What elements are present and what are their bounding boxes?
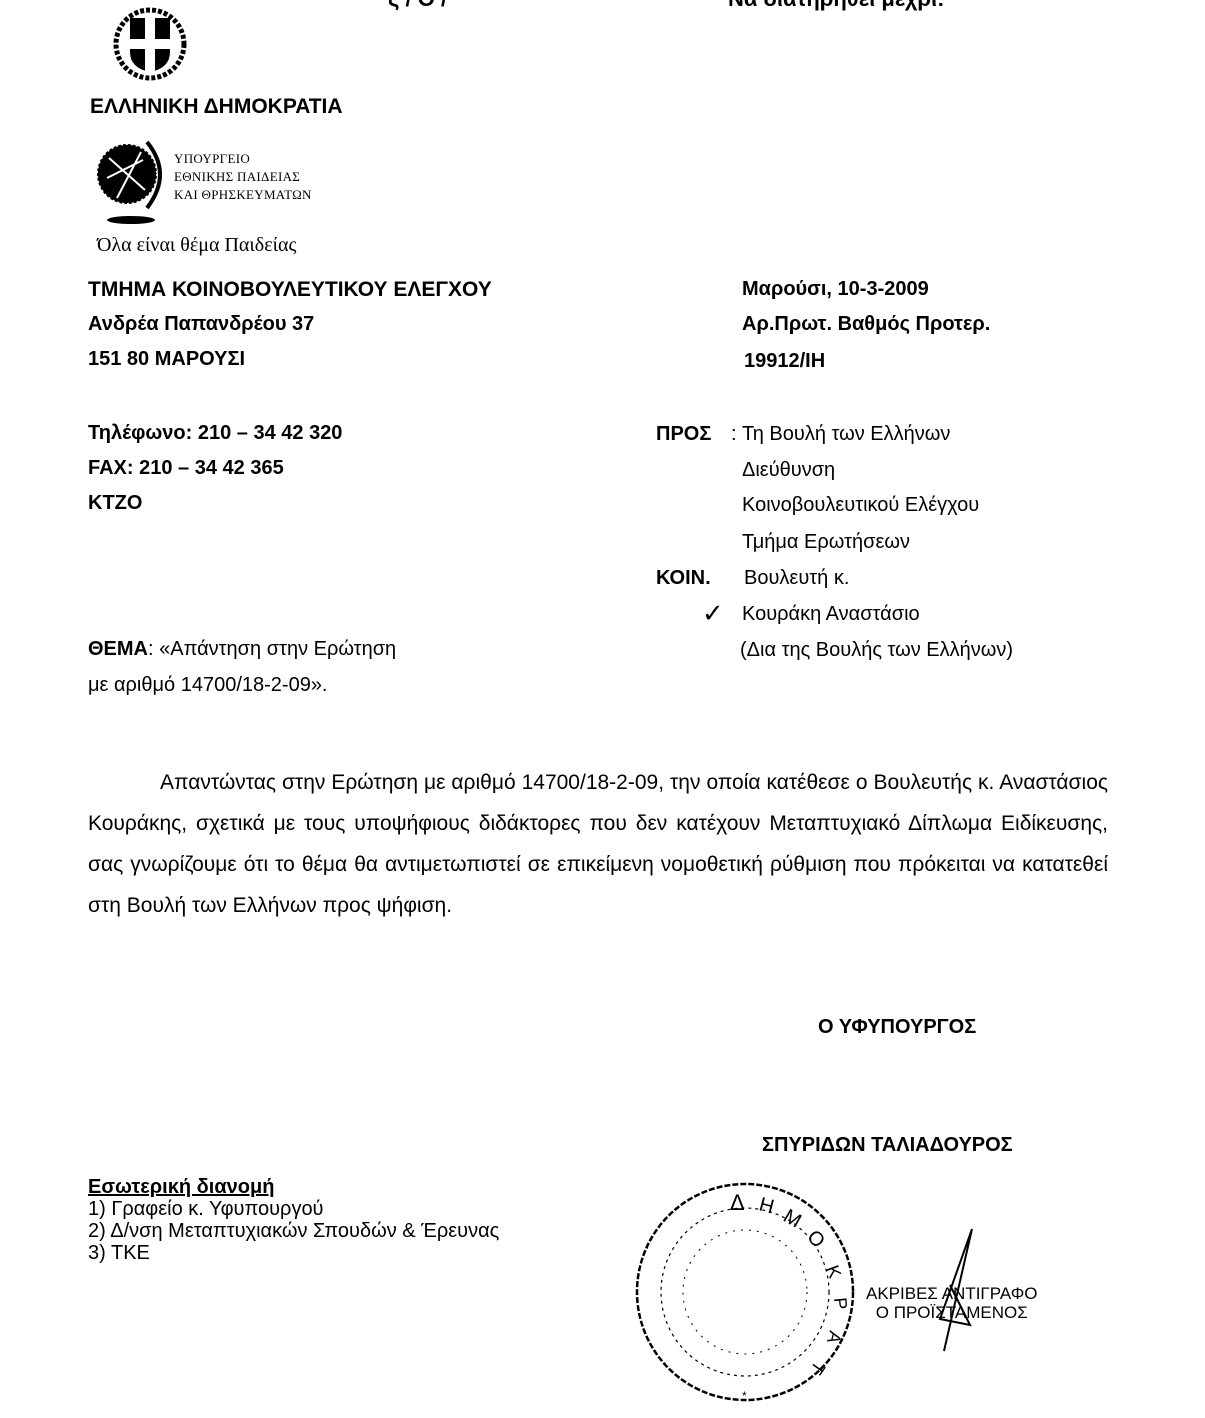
body-paragraph: Απαντώντας στην Ερώτηση με αριθμό 14700/… <box>88 762 1108 926</box>
ministry-globe-logo-icon <box>95 138 167 233</box>
place-date: Μαρούσι, 10-3-2009 <box>742 278 929 301</box>
fax-number: FAX: 210 – 34 42 365 <box>88 457 284 480</box>
signatory-name: ΣΠΥΡΙΔΩΝ ΤΑΛΙΑΔΟΥΡΟΣ <box>762 1134 1013 1157</box>
svg-text:Ρ: Ρ <box>830 1297 851 1311</box>
signatory-title: Ο ΥΦΥΠΟΥΡΓΟΣ <box>818 1016 976 1039</box>
department-address: Ανδρέα Παπανδρέου 37 <box>88 313 314 336</box>
svg-text:Η: Η <box>757 1194 777 1219</box>
recipient-line: Τμήμα Ερωτήσεων <box>742 531 910 554</box>
cc-line: (Δια της Βουλής των Ελλήνων) <box>740 639 1013 662</box>
clerk-code: ΚΤΖΟ <box>88 492 142 515</box>
recipient-line: Κοινοβουλευτικού Ελέγχου <box>742 494 979 517</box>
subject-line-1: ΘΕΜΑ: «Απάντηση στην Ερώτηση <box>88 638 396 661</box>
svg-text:Ο: Ο <box>802 1226 829 1253</box>
ministry-name: ΥΠΟΥΡΓΕΙΟ ΕΘΝΙΚΗΣ ΠΑΙΔΕΙΑΣ ΚΑΙ ΘΡΗΣΚΕΥΜΑ… <box>174 150 312 204</box>
svg-text:Δ: Δ <box>730 1190 745 1215</box>
official-stamp-icon: Δ Η Μ Ο Κ Ρ Α Τ * <box>630 1170 860 1415</box>
distribution-item: 3) ΤΚΕ <box>88 1242 499 1264</box>
department-city: 151 80 ΜΑΡΟΥΣΙ <box>88 348 245 371</box>
subject-label: ΘΕΜΑ <box>88 638 148 660</box>
cc-line: Κουράκη Αναστάσιο <box>742 603 920 626</box>
recipient-line: Διεύθυνση <box>742 459 835 482</box>
check-mark-icon: ✓ <box>702 598 724 629</box>
ministry-motto: Όλα είναι θέμα Παιδείας <box>97 234 296 257</box>
svg-text:Κ: Κ <box>822 1263 845 1281</box>
cc-line: Βουλευτή κ. <box>744 567 849 590</box>
department-name: ΤΜΗΜΑ ΚΟΙΝΟΒΟΥΛΕΥΤΙΚΟΥ ΕΛΕΓΧΟΥ <box>88 278 492 302</box>
distribution-heading: Εσωτερική διανομή <box>88 1176 499 1198</box>
subject-line-2: με αριθμό 14700/18-2-09». <box>88 674 328 697</box>
greek-coat-of-arms-icon <box>110 6 190 89</box>
distribution-item: 2) Δ/νση Μεταπτυχιακών Σπουδών & Έρευνας <box>88 1220 499 1242</box>
cc-label: ΚΟΙΝ. <box>656 567 711 590</box>
republic-title: ΕΛΛΗΝΙΚΗ ΔΗΜΟΚΡΑΤΙΑ <box>90 95 343 119</box>
svg-text:Μ: Μ <box>780 1205 805 1232</box>
phone-number: Τηλέφωνο: 210 – 34 42 320 <box>88 422 342 445</box>
internal-distribution: Εσωτερική διανομή 1) Γραφείο κ. Υφυπουργ… <box>88 1176 499 1264</box>
protocol-number: 19912/ΙΗ <box>744 350 825 373</box>
recipient-line: Τη Βουλή των Ελλήνων <box>742 423 950 446</box>
retention-note: Να διατηρηθεί μέχρι: <box>728 0 944 12</box>
protocol-label: Αρ.Πρωτ. Βαθμός Προτερ. <box>742 313 990 336</box>
to-label: ΠΡΟΣ <box>656 423 711 446</box>
svg-text:*: * <box>742 1389 747 1403</box>
handwritten-signature-icon <box>930 1225 980 1360</box>
svg-text:Τ: Τ <box>806 1358 829 1378</box>
to-separator: : <box>731 423 737 446</box>
top-left-fragment: ς / Ο / <box>388 0 447 12</box>
subject-text: : «Απάντηση στην Ερώτηση <box>148 638 396 660</box>
distribution-item: 1) Γραφείο κ. Υφυπουργού <box>88 1198 499 1220</box>
svg-text:Α: Α <box>823 1329 845 1346</box>
